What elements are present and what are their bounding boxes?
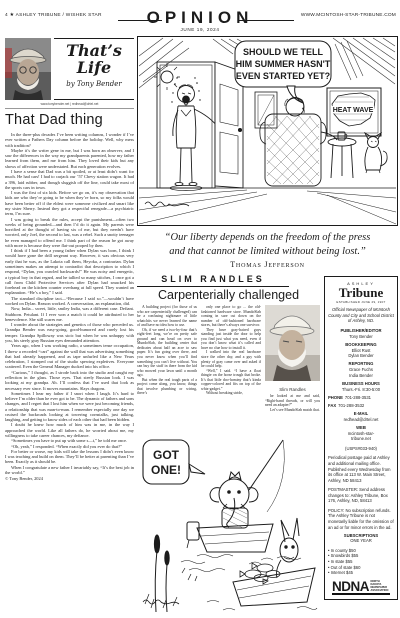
article-paragraph: A building project (for those of us who …	[137, 305, 197, 328]
email-value: redhead@drtel.net	[328, 417, 394, 423]
article-paragraph: I think if I had been a young father whe…	[5, 248, 134, 296]
header-rule-right	[238, 20, 294, 21]
phone-row: PHONE 701-288-3531	[328, 395, 394, 401]
article-paragraph: But when the real tough parts of a proje…	[137, 378, 197, 396]
svg-text:ONE!: ONE!	[151, 463, 181, 477]
masthead-established: ESTABLISHED JUNE 29, 1907	[328, 300, 394, 304]
article-paragraph: Without breaking stride,	[201, 391, 261, 396]
fax-number: 701-288-3532	[338, 403, 364, 409]
header-rule-left	[118, 20, 162, 21]
svg-text:HIM SUMMER HASN'T: HIM SUMMER HASN'T	[236, 59, 331, 69]
website-url: WWW.MCINTOSH-STAR-TRIBUNE.COM	[301, 13, 396, 18]
article-paragraph: Let’s see MundoSlab match that.	[265, 408, 320, 413]
article-paragraph: he looked at me and said, “Right-hand th…	[265, 394, 320, 408]
article-paragraph: Oh, if we need a two-by-four that’s eigh…	[137, 328, 197, 378]
slim-article-body: A building project (for those of us who …	[137, 305, 320, 412]
article-paragraph: The standard discipline tact—“Because I …	[5, 296, 134, 307]
column-masthead: That’s Life by Tony Bender	[5, 38, 134, 100]
masthead-title: Tribune	[328, 286, 394, 300]
column-title-block: That’s Life by Tony Bender	[54, 38, 134, 100]
thats-life-column: That’s Life by Tony Bender www.tonybende…	[5, 38, 134, 481]
issue-date: JUNE 19, 2024	[0, 27, 400, 32]
cattails	[145, 535, 177, 612]
slim-column-2: only one place to go ... the old-fashion…	[201, 305, 261, 412]
article-paragraph: I have a sense that Dad was a bit spoile…	[5, 169, 134, 190]
article-paragraph: “Well,” I said. “I have a float thingie …	[201, 369, 261, 392]
article-paragraph: I doubt he knew how much of him was in m…	[5, 422, 134, 438]
article-paragraph: I walked into the real hardware store th…	[201, 350, 261, 368]
jefferson-quote: “Our liberty depends on the freedom of t…	[137, 231, 398, 271]
svg-text:HEAT WAVE: HEAT WAVE	[333, 107, 374, 114]
column-title-line2: Life	[54, 60, 134, 77]
subscription-item: • Internet $45	[328, 570, 394, 576]
article-paragraph: only one place to go ... the old-fashion…	[201, 305, 261, 328]
svg-text:GOT: GOT	[153, 448, 180, 462]
slim-article-headline: Carpenterially challenged	[137, 288, 320, 302]
article-paragraph: In the three-plus decades I’ve been writ…	[5, 132, 134, 148]
copyright-line: © Tony Bender, 2024	[5, 476, 134, 481]
official-newspaper-note: Official Newspaper of McIntosh County an…	[328, 307, 394, 324]
slim-randles-section-label: SLIM RANDLES	[137, 274, 289, 287]
elephant-boat	[187, 522, 273, 552]
section-title: OPINION	[0, 8, 400, 28]
reporting-name: India Bender	[328, 373, 394, 379]
quote-line2: and that cannot be limited without being…	[137, 245, 398, 259]
quote-line1: “Our liberty depends on the freedom of t…	[137, 231, 398, 245]
article-paragraph: I was the first of six kids. Before we g…	[5, 190, 134, 216]
postage-notice: Periodical postage paid at Ashley and ad…	[328, 455, 394, 483]
article-paragraph: “Sometimes you have to put up with some …	[5, 438, 134, 443]
ndna-logo: NDNA NORTH DAKOTA NEWSPAPER ASSOCIATION	[332, 581, 390, 595]
slim-column-1: A building project (for those of us who …	[137, 305, 197, 412]
article-body: In the three-plus decades I’ve been writ…	[5, 132, 134, 475]
slim-randles-photo	[265, 305, 320, 381]
subscriptions-sublabel: ONE YEAR	[328, 538, 394, 544]
slim-photo-column: Slim Randles he looked at me and said, “…	[265, 305, 320, 412]
article-paragraph: Now, India... sweet, little, smiley Indi…	[5, 306, 134, 322]
newspaper-opinion-page: 4 ★ ASHLEY TRIBUNE / WISHEK STAR OPINION…	[0, 0, 400, 618]
column-byline: by Tony Bender	[54, 80, 134, 88]
editorial-cartoon-heat-wave: SHOULD WE TELL HIM SUMMER HASN'T EVEN ST…	[137, 36, 398, 226]
article-paragraph: I wonder about the strategies and geneti…	[5, 322, 134, 343]
author-contact-line: www.tonybender.net | redhead@drtel.net	[5, 100, 134, 109]
svg-text:SHOULD WE TELL: SHOULD WE TELL	[243, 47, 323, 57]
article-headline: That Dad thing	[5, 112, 134, 128]
speech-bubble: GOT ONE!	[143, 440, 205, 484]
publisher-name: Tony Bender	[328, 334, 394, 340]
editorial-cartoon-fishing: GOT ONE!	[137, 424, 320, 614]
postmaster-notice: POSTMASTER: Send address changes to: Ash…	[328, 487, 394, 504]
ndna-association-text: NORTH DAKOTA NEWSPAPER ASSOCIATION	[371, 581, 391, 592]
article-paragraph: Maybe it’s the writer gene in me, but I …	[5, 148, 134, 169]
web-value-line2: tribune.net	[328, 436, 394, 442]
article-paragraph: For better or worse, my kids will take t…	[5, 449, 134, 465]
photo-caption: Slim Randles	[265, 387, 320, 392]
article-paragraph: Years ago, when I was working radio, a s…	[5, 343, 134, 369]
phone-number: 701-288-3531	[345, 395, 371, 401]
article-paragraph: They have gray-haired guys standing just…	[201, 328, 261, 351]
article-paragraph: When I congratulate a new father I invar…	[5, 465, 134, 476]
ndna-wordmark: NDNA	[332, 581, 369, 592]
tony-bender-photo	[5, 38, 51, 100]
svg-text:EVEN STARTED YET?: EVEN STARTED YET?	[236, 71, 330, 81]
tribune-masthead: ASHLEY Tribune ESTABLISHED JUNE 29, 1907…	[324, 276, 398, 600]
elephant-fisherman	[210, 440, 284, 528]
phone-label: PHONE	[328, 395, 343, 401]
article-paragraph: “Curious,” I thought, as I strode back i…	[5, 370, 134, 391]
donkey-boat	[233, 518, 315, 606]
fax-row: FAX 701-288-3532	[328, 403, 394, 409]
water-ripples	[181, 555, 317, 611]
usps-number: (USPS#033-940)	[328, 446, 394, 452]
slim-column-3: he looked at me and said, “Right-hand th…	[265, 394, 320, 412]
cartoonist-signature	[143, 600, 179, 604]
tv-heat-wave-map: HEAT WAVE	[327, 88, 381, 136]
hours-value: Thurs.-Fri. 8:30-5:00	[328, 387, 394, 393]
subscription-rates: • In county $50• Snowbirds $55• In state…	[328, 548, 394, 576]
article-paragraph: Sometimes I hear my father if I snort wh…	[5, 391, 134, 423]
fax-label: FAX	[328, 403, 336, 409]
policy-notice: POLICY: No subscription refunds. The Ash…	[328, 508, 394, 531]
article-paragraph: I was going to break the rules, accept t…	[5, 217, 134, 249]
quote-attribution: Thomas Jefferson	[137, 260, 398, 270]
bookkeeping-name: Dylan Bender	[328, 353, 394, 359]
ndna-line: ASSOCIATION	[371, 590, 391, 593]
